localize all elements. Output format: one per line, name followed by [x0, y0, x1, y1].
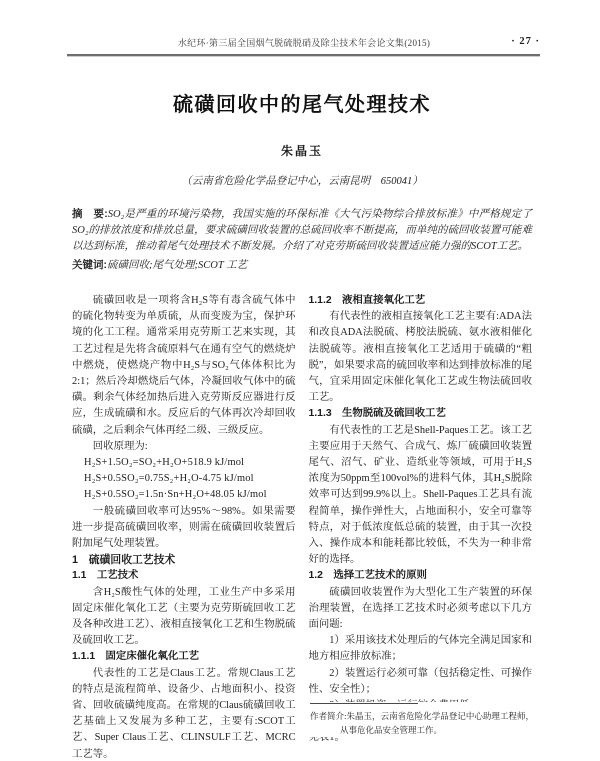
- equation-1: H₂S+1.5O₂=SO₂+H₂O+518.9 kJ/mol: [84, 455, 296, 471]
- paragraph-recovery-rate: 一般硫磺回收率可达95%～98%。如果需要进一步提高硫磺回收率，则需在硫磺回收装…: [72, 504, 296, 553]
- footnote-text: 作者简介:朱晶玉，云南省危险化学品登记中心助理工程师，从事危化品安全管理工作。: [310, 709, 534, 737]
- header-divider: [67, 54, 540, 57]
- abstract-text: SO₂是严重的环境污染物，我国实施的环保标准《大气污染物综合排放标准》中严格规定…: [72, 209, 532, 252]
- paragraph-selection-principles: 硫磺回收装置作为大型化工生产装置的环保治理装置，在选择工艺技术时必须考虑以下几方…: [309, 585, 533, 634]
- section-heading-1-1-2: 1.1.2 液相直接氧化工艺: [309, 293, 533, 309]
- section-heading-1-2: 1.2 选择工艺技术的原则: [309, 568, 533, 584]
- footnote-divider: [310, 703, 418, 704]
- paper-content: 硫磺回收中的尾气处理技术 朱晶玉 （云南省危险化学品登记中心，云南昆明 6500…: [72, 76, 532, 761]
- right-column: 1.1.2 液相直接氧化工艺 有代表性的液相直接氧化工艺主要有:ADA法和改良A…: [309, 293, 533, 761]
- keywords-text: 硫磺回收;尾气处理;SCOT 工艺: [107, 260, 247, 271]
- paragraph-principle-lead: 回收原理为:: [72, 439, 296, 455]
- abstract-block: 摘 要:SO₂是严重的环境污染物，我国实施的环保标准《大气污染物综合排放标准》中…: [72, 206, 532, 274]
- section-heading-1-1: 1.1 工艺技术: [72, 568, 296, 584]
- paragraph-process-tech: 含H₂S酸性气体的处理，工业生产中多采用固定床催化氧化工艺（主要为克劳斯硫回收工…: [72, 585, 296, 650]
- abstract-line: 摘 要:SO₂是严重的环境污染物，我国实施的环保标准《大气污染物综合排放标准》中…: [72, 206, 532, 255]
- paragraph-liquid-oxidation: 有代表性的液相直接氧化工艺主要有:ADA法和改良ADA法脱硫、栲胶法脱硫、氨水液…: [309, 309, 533, 406]
- paragraph-bio-desulfur: 有代表性的工艺是Shell-Paques工艺。该工艺主要应用于天然气、合成气、炼…: [309, 423, 533, 569]
- list-item-1: 1）采用该技术处理后的气体完全满足国家和地方相应排放标准；: [309, 633, 533, 665]
- keywords-label: 关键词:: [72, 259, 107, 271]
- section-heading-1: 1 硫磺回收工艺技术: [72, 552, 296, 568]
- paper-title: 硫磺回收中的尾气处理技术: [72, 88, 532, 117]
- journal-title: 水纪环·第三届全国烟气脱硫脱硝及除尘技术年会论文集(2015): [68, 37, 540, 49]
- two-column-body: 硫磺回收是一项将含H₂S等有毒含硫气体中的硫化物转变为单质硫，从而变废为宝，保护…: [72, 293, 532, 761]
- page-number: · 27 ·: [511, 36, 540, 47]
- page-header: 水纪环·第三届全国烟气脱硫脱硝及除尘技术年会论文集(2015) · 27 ·: [68, 37, 540, 53]
- left-column: 硫磺回收是一项将含H₂S等有毒含硫气体中的硫化物转变为单质硫，从而变废为宝，保护…: [72, 293, 296, 761]
- keywords-line: 关键词:硫磺回收;尾气处理;SCOT 工艺: [72, 257, 532, 274]
- paragraph-claus: 代表性的工艺是Claus工艺。常规Claus工艺的特点是流程简单、设备少、占地面…: [72, 666, 296, 761]
- section-heading-1-1-1: 1.1.1 固定床催化氧化工艺: [72, 649, 296, 665]
- paragraph-intro: 硫磺回收是一项将含H₂S等有毒含硫气体中的硫化物转变为单质硫，从而变废为宝，保护…: [72, 293, 296, 439]
- affiliation: （云南省危险化学品登记中心，云南昆明 650041）: [72, 173, 532, 188]
- author-name: 朱晶玉: [72, 142, 532, 159]
- equation-2: H₂S+0.5SO₂=0.75S₂+H₂O-4.75 kJ/mol: [84, 471, 296, 487]
- abstract-label: 摘 要:: [72, 208, 108, 220]
- list-item-2: 2）装置运行必须可靠（包括稳定性、可操作性、安全性）；: [309, 666, 533, 698]
- author-bio-footnote: 作者简介:朱晶玉，云南省危险化学品登记中心助理工程师，从事危化品安全管理工作。: [310, 702, 534, 737]
- paper-page: 水纪环·第三届全国烟气脱硫脱硝及除尘技术年会论文集(2015) · 27 · 硫…: [0, 0, 600, 761]
- equation-3: H₂S+0.5SO₂=1.5n·Sn+H₂O+48.05 kJ/mol: [84, 487, 296, 503]
- section-heading-1-1-3: 1.1.3 生物脱硫及硫回收工艺: [309, 406, 533, 422]
